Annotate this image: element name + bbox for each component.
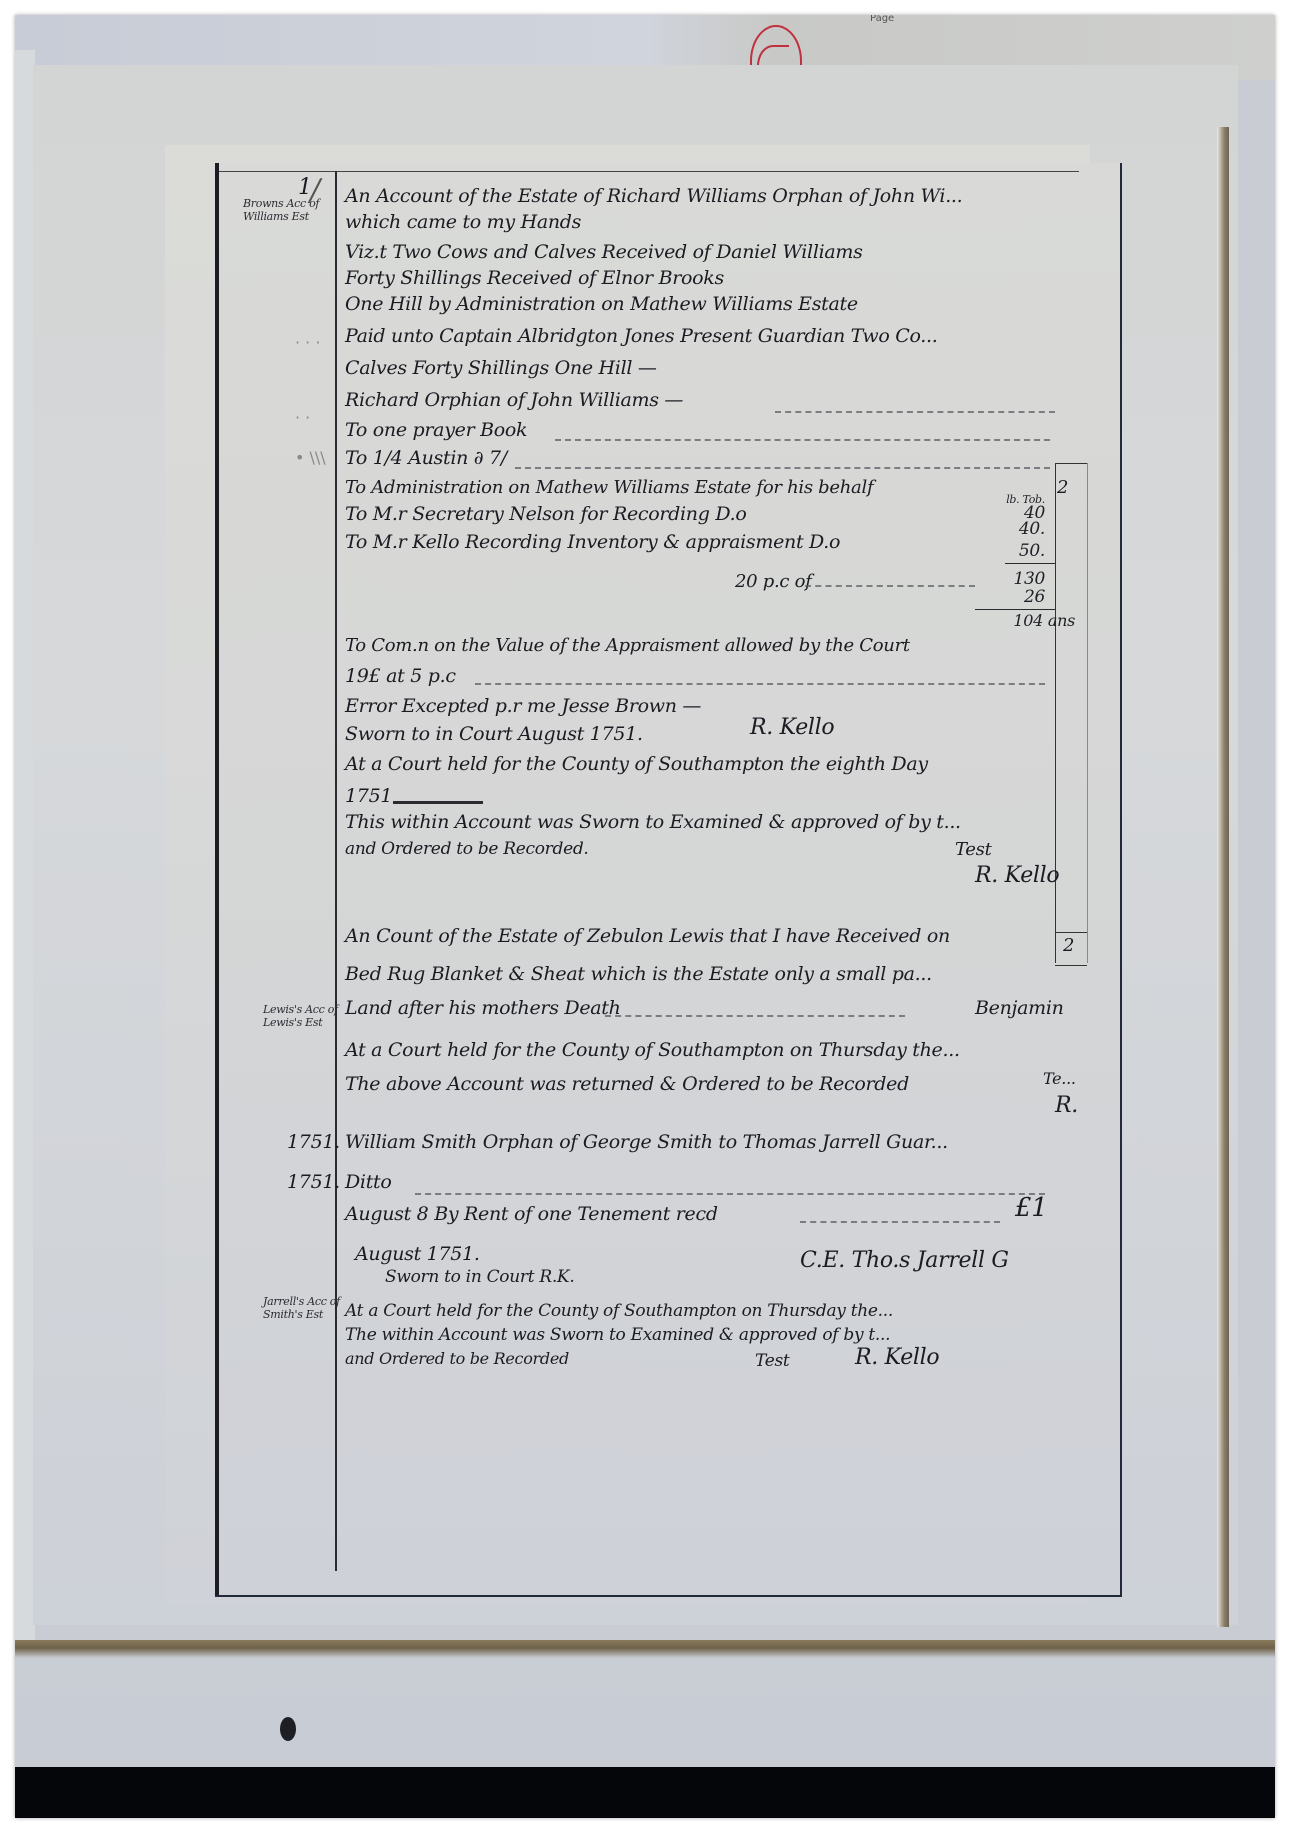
text-line: William Smith Orphan of George Smith to … (345, 1131, 948, 1153)
text-line: To M.r Kello Recording Inventory & appra… (345, 531, 840, 553)
amount-secretary: 40. (985, 519, 1045, 539)
text-line: Viz.t Two Cows and Calves Received of Da… (345, 241, 863, 263)
text-line: To Com.n on the Value of the Appraisment… (345, 635, 910, 656)
column-mark: 2 (1057, 477, 1068, 498)
leader-dashes (775, 411, 1055, 413)
page-stamp: Page (870, 15, 894, 24)
text-line: Richard Orphian of John Williams — (345, 389, 683, 411)
manuscript-facsimile: 2 2 1 / Browns Acc of Williams Est Lewis… (215, 163, 1122, 1597)
signature-kello: R. Kello (975, 863, 1059, 888)
amount-column-rule-outer (1087, 463, 1088, 963)
marginal-note-lewis: Lewis's Acc of Lewis's Est (263, 1003, 353, 1029)
text-line: Forty Shillings Received of Elnor Brooks (345, 267, 724, 289)
margin-tally: • \\\ (295, 448, 326, 467)
board-edge (1217, 127, 1229, 1627)
shelf-shadow (15, 1767, 1275, 1818)
signature-kello: R. Kello (750, 715, 834, 740)
text-line: At a Court held for the County of Southa… (345, 1039, 960, 1061)
test-label: Te... (1043, 1069, 1076, 1088)
text-line: 20 p.c of (735, 571, 811, 592)
text-line: August 8 By Rent of one Tenement recd (345, 1203, 718, 1225)
marginal-note-browns: Browns Acc of Williams Est (243, 197, 333, 223)
text-line: and Ordered to be Recorded. (345, 839, 589, 859)
margin-rule (335, 171, 337, 1571)
text-line: At a Court held for the County of Southa… (345, 1301, 893, 1321)
signature-jarrell: C.E. Tho.s Jarrell G (800, 1248, 1009, 1273)
text-line: An Account of the Estate of Richard Will… (345, 185, 962, 207)
text-line: Land after his mothers Death (345, 997, 621, 1019)
text-line: 19£ at 5 p.c (345, 665, 456, 687)
text-line: Calves Forty Shillings One Hill — (345, 357, 657, 379)
text-line: Sworn to in Court August 1751. (345, 723, 643, 745)
amount-percent: 26 (985, 587, 1045, 607)
leader-dashes (800, 1221, 1000, 1223)
text-line: Sworn to in Court R.K. (385, 1267, 574, 1287)
text-line: To one prayer Book (345, 419, 527, 441)
text-line: Bed Rug Blanket & Sheat which is the Est… (345, 963, 932, 985)
amount-column-box-top (1055, 932, 1087, 933)
text-line: To M.r Secretary Nelson for Recording D.… (345, 503, 746, 525)
text-line: which came to my Hands (345, 211, 581, 233)
text-line: Error Excepted p.r me Jesse Brown — (345, 695, 701, 717)
margin-tally: · · · (295, 333, 320, 352)
total-rule (975, 609, 1055, 610)
text-line: Paid unto Captain Albridgton Jones Prese… (345, 325, 937, 347)
text-line: August 1751. (355, 1243, 480, 1265)
flourish (393, 801, 483, 804)
leader-dashes (415, 1193, 1045, 1195)
signature-benjamin: Benjamin (975, 997, 1064, 1019)
text-line: To Administration on Mathew Williams Est… (345, 477, 873, 498)
text-line: This within Account was Sworn to Examine… (345, 811, 961, 833)
amount-column-rule (1055, 463, 1056, 963)
amount-subtotal: 130 (985, 569, 1045, 589)
screw-head (280, 1717, 296, 1741)
text-line: Ditto (345, 1171, 392, 1193)
amount-rent: £1 (1015, 1193, 1047, 1223)
photograph-frame: Page 2 2 1 / Browns Acc of Williams Est … (15, 15, 1275, 1818)
leader-dashes (515, 467, 1050, 469)
signature-initial: R. (1055, 1093, 1078, 1118)
test-label: Test (955, 839, 992, 860)
leader-dashes (555, 439, 1050, 441)
text-line: 1751 (345, 785, 392, 807)
amount-column-box-bottom (1055, 965, 1087, 966)
facsimile-left-border (215, 163, 219, 1595)
binder-edge (15, 50, 35, 1650)
shelf-tray (15, 1640, 1275, 1760)
amount-column-top (1055, 463, 1087, 464)
leader-dashes (475, 683, 1045, 685)
text-line: The above Account was returned & Ordered… (345, 1073, 909, 1095)
text-line: An Count of the Estate of Zebulon Lewis … (345, 925, 950, 947)
amount-kello: 50. (985, 541, 1045, 561)
leader-dashes (805, 585, 975, 587)
test-label: Test (755, 1351, 789, 1371)
text-line: To 1/4 Austin ∂ 7/ (345, 447, 507, 469)
marginal-note-jarrell: Jarrell's Acc of Smith's Est (263, 1295, 353, 1321)
column-number: 2 (1063, 935, 1074, 956)
year-label: 1751. (287, 1131, 340, 1153)
leader-dashes (605, 1015, 905, 1017)
sum-rule (1005, 563, 1055, 564)
facsimile-top-rule (219, 171, 1079, 172)
year-label: 1751. (287, 1171, 340, 1193)
text-line: At a Court held for the County of Southa… (345, 753, 928, 775)
text-line: and Ordered to be Recorded (345, 1349, 569, 1368)
text-line: The within Account was Sworn to Examined… (345, 1325, 890, 1345)
margin-tally: · · (295, 408, 310, 427)
signature-kello: R. Kello (855, 1345, 939, 1370)
amount-total: 104 ans (995, 611, 1075, 630)
text-line: One Hill by Administration on Mathew Wil… (345, 293, 858, 315)
